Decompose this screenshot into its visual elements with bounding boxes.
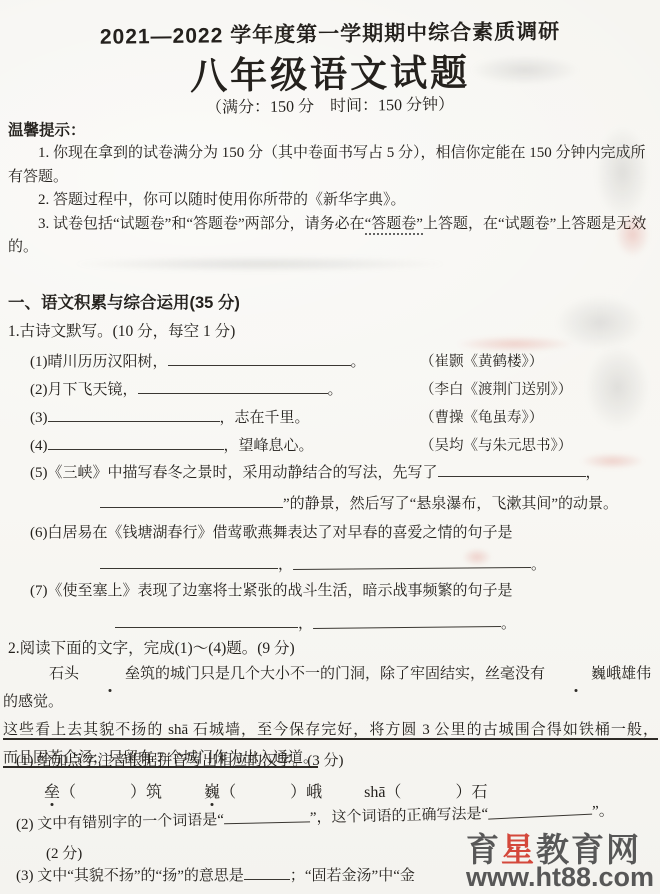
q1-item-2: (2)月下飞天镜，。 （李白《渡荆门送别》）: [30, 378, 343, 399]
passage-dotted-char-wei: 巍: [545, 660, 606, 688]
q2-sub2-score: (2 分): [46, 842, 82, 863]
q2-sub1-stem: (1) 给加点字注音根据拼音写出相应的汉字。(3 分): [16, 749, 343, 770]
sub1-word1-char: 垒: [44, 779, 60, 802]
q1-item-1-blank: [168, 352, 351, 366]
q1-item-4-number: (4): [30, 438, 48, 454]
sub3-text-pre: (3) 文中“其貌不扬”的“扬”的意思是: [16, 868, 244, 884]
notice-item-3-pre: 3. 试卷包括“试题卷”和“答题卷”两部分，请务必在: [38, 216, 365, 232]
passage-underlined-line1: 这些看上去其貌不扬的 shā 石城墙，至今保存完好，将方圆 3 公里的古城围合得…: [3, 722, 658, 738]
q2-passage-line1: 石头垒筑的城门只是几个大小不一的门洞，除了牢固结实，丝毫没有巍峨雄伟的感觉。: [3, 660, 658, 716]
q1-item-4: (4)，望峰息心。 （吴均《与朱元思书》）: [30, 434, 314, 455]
sub1-word2-open-paren: （: [220, 784, 236, 801]
sub1-word3-pinyin: shā: [364, 784, 385, 801]
notice-item-3: 3. 试卷包括“试题卷”和“答题卷”两部分，请务必在“答题卷”上答题，在“试题卷…: [8, 213, 654, 260]
q1-stem: 1.古诗文默写。(10 分，每空 1 分): [8, 319, 235, 341]
exam-paper-page: 2021—2022 学年度第一学期期中综合素质调研 八年级语文试题 （满分：15…: [0, 0, 660, 894]
sub2-text-mid: ”，这个词语的正确写法是“: [310, 806, 489, 826]
q1-item-6-stem: (6)白居易在《钱塘湖春行》借莺歌燕舞表达了对早春的喜爱之情的句子是: [30, 521, 513, 542]
q1-item-3-number: (3): [30, 410, 48, 426]
q1-item-7-blank1: [115, 614, 298, 628]
q1-item-7-period: 。: [501, 616, 516, 632]
q1-item-1-text: (1)晴川历历汉阳树，: [30, 354, 168, 370]
notice-item-2: 2. 答题过程中，你可以随时使用你所带的《新华字典》。: [8, 189, 654, 213]
sub1-word2-close: ）峨: [290, 784, 322, 801]
q1-item-4-source: （吴均《与朱元思书》）: [420, 434, 572, 455]
q1-item-1: (1)晴川历历汉阳树，。 （崔颢《黄鹤楼》）: [30, 350, 366, 371]
q2-sub1-words: 垒（）筑巍（）峨shā（）石: [44, 779, 487, 802]
q1-item-3: (3)，志在千里。 （曹操《龟虽寿》）: [30, 406, 310, 427]
notice-block: 温馨提示： 1. 你现在拿到的试卷满分为 150 分（其中卷面书写占 5 分），…: [8, 119, 654, 260]
q1-item-5-line2: ”的静景，然后写了“悬泉瀑布，飞漱其间”的动景。: [100, 492, 618, 513]
q1-item-7-stem: (7)《使至塞上》表现了边塞将士紧张的战斗生活，暗示战事频繁的句子是: [30, 579, 513, 600]
section1-heading: 一、语文积累与综合运用(35 分): [8, 289, 240, 313]
q1-item-2-blank: [138, 380, 328, 394]
notice-item-3-emphasized: “答题卷”: [365, 216, 423, 235]
notice-item-1: 1. 你现在拿到的试卷满分为 150 分（其中卷面书写占 5 分），相信你定能在…: [8, 142, 654, 189]
q1-item-2-punct: 。: [328, 382, 343, 398]
sub2-text-pre: (2) 文中有错别字的一个词语是“: [16, 812, 224, 833]
q1-item-6-blank2: [293, 554, 531, 570]
q1-item-4-text: ，望峰息心。: [224, 438, 314, 454]
q2-sub3-line: (3) 文中“其貌不扬”的“扬”的意思是；“固若金汤”中“金: [16, 864, 415, 885]
watermark-url: www.ht88.com: [466, 864, 654, 891]
q2-sub2-line: (2) 文中有错别字的一个词语是“”，这个词语的正确写法是“”。: [16, 799, 614, 834]
passage-seg-b: 筑的城门只是几个大小不一的门洞，除了牢固结实，丝毫没有: [140, 666, 545, 682]
q1-item-5-blank1: [438, 463, 586, 477]
q1-item-5-line1: (5)《三峡》中描写春冬之景时，采用动静结合的写法，先写了，: [30, 461, 601, 482]
q1-item-6-blanks: ，。: [100, 553, 546, 574]
q2-passage-line2: 这些看上去其貌不扬的 shā 石城墙，至今保存完好，将方圆 3 公里的古城围合得…: [3, 716, 658, 744]
sub1-word1-close: ）筑: [130, 784, 162, 801]
q1-item-2-source: （李白《渡荆门送别》）: [420, 378, 572, 399]
q2-stem: 2.阅读下面的文字，完成(1)～(4)题。(9 分): [8, 636, 295, 658]
q1-item-6-comma: ，: [278, 557, 293, 573]
q1-item-7-comma: ，: [298, 616, 313, 632]
sub1-word1-open-paren: （: [60, 784, 76, 801]
sub2-blank1: [224, 808, 310, 824]
q1-item-4-blank: [48, 436, 224, 450]
q1-item-2-text: (2)月下飞天镜，: [30, 382, 138, 398]
scan-artifact: [585, 345, 650, 430]
q1-item-1-punct: 。: [351, 354, 366, 370]
q1-item-7-blanks: ，。: [115, 612, 516, 633]
passage-seg-a: 石头: [49, 666, 79, 682]
q1-item-3-text: ，志在千里。: [220, 410, 310, 426]
q1-item-3-blank: [48, 408, 220, 422]
q1-item-5-blank2: [100, 494, 283, 508]
sub1-word2-char: 巍: [204, 779, 220, 802]
scan-artifact: [555, 295, 645, 350]
notice-heading: 温馨提示：: [8, 119, 654, 142]
q1-item-3-source: （曹操《龟虽寿》）: [420, 406, 543, 427]
sub1-word3-open-paren: （: [385, 784, 401, 801]
q1-item-5-comma: ，: [586, 465, 601, 481]
sub3-text-post: ；“固若金汤”中“金: [290, 868, 415, 884]
q1-item-6-period: 。: [531, 557, 546, 573]
q1-item-6-blank1: [100, 555, 278, 569]
q1-item-7-blank2: [313, 613, 501, 629]
sub1-word3-close: ）石: [455, 784, 487, 801]
q1-item-5-line2-text: ”的静景，然后写了“悬泉瀑布，飞漱其间”的动景。: [283, 496, 618, 512]
q1-item-1-source: （崔颢《黄鹤楼》）: [420, 350, 543, 371]
sub2-text-end: ”。: [592, 803, 614, 819]
q1-item-5-text: (5)《三峡》中描写春冬之景时，采用动静结合的写法，先写了: [30, 465, 438, 481]
watermark: 育星教育网 www.ht88.com: [466, 833, 654, 891]
sub2-blank2: [488, 801, 593, 820]
passage-dotted-char-lei: 垒: [79, 660, 140, 688]
sub3-blank: [244, 866, 290, 880]
